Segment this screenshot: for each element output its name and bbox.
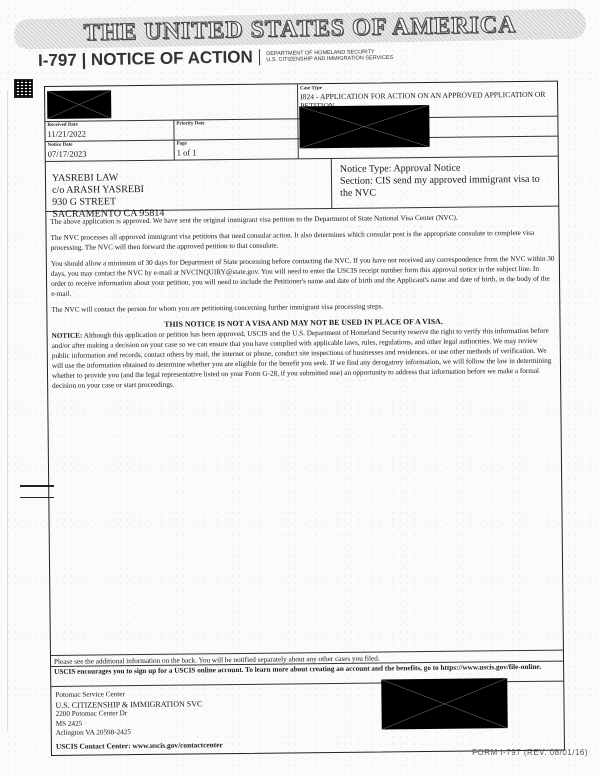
redacted-beneficiary (299, 105, 429, 148)
barcode-icon (14, 79, 33, 98)
paragraph-contact-nvc: You should allow a minimum of 30 days fo… (51, 254, 555, 299)
paragraph-nvc-processing: The NVC processes all approved immigrant… (51, 228, 555, 253)
department-name: DEPARTMENT OF HOMELAND SECURITY U.S. CIT… (266, 48, 393, 63)
redacted-barcode (381, 678, 508, 729)
service-center-address: Potomac Service Center U.S. CITIZENSHIP … (55, 689, 202, 738)
form-revision: FORM I-797 (REV. 08/01/16) (472, 748, 588, 757)
form-title: I-797 | NOTICE OF ACTION (38, 47, 253, 71)
form-header: I-797 | NOTICE OF ACTION DEPARTMENT OF H… (38, 45, 393, 71)
redacted-receipt-number (47, 90, 111, 119)
banner: THE UNITED STATES OF AMERICA (14, 9, 586, 50)
notice-body: The above application is approved. We ha… (46, 212, 560, 397)
received-date-cell: Received Date 11/21/2022 (45, 120, 173, 141)
scan-edge-line (7, 90, 8, 730)
page-cell: Page 1 of 1 (174, 138, 299, 159)
paragraph-nvc-contact: The NVC will contact the person for whom… (51, 300, 555, 315)
notice-type-cell: Notice Type: Approval Notice Section: CI… (331, 156, 559, 208)
row-address: YASREBI LAW c/o ARASH YASREBI 930 G STRE… (46, 156, 559, 212)
notice-section: Section: CIS send my approved immigrant … (340, 174, 552, 200)
priority-date-cell: Priority Date (173, 118, 298, 139)
recipient-address: YASREBI LAW c/o ARASH YASREBI 930 G STRE… (46, 158, 335, 211)
notice-document: Case Type I824 - APPLICATION FOR ACTION … (44, 81, 565, 756)
notice-date-cell: Notice Date 07/17/2023 (46, 140, 174, 161)
contact-center: USCIS Contact Center: www.uscis.gov/cont… (56, 740, 223, 751)
header-divider (259, 49, 261, 65)
paragraph-notice: NOTICE: Although this application or pet… (52, 326, 557, 391)
banner-title: THE UNITED STATES OF AMERICA (83, 11, 516, 46)
